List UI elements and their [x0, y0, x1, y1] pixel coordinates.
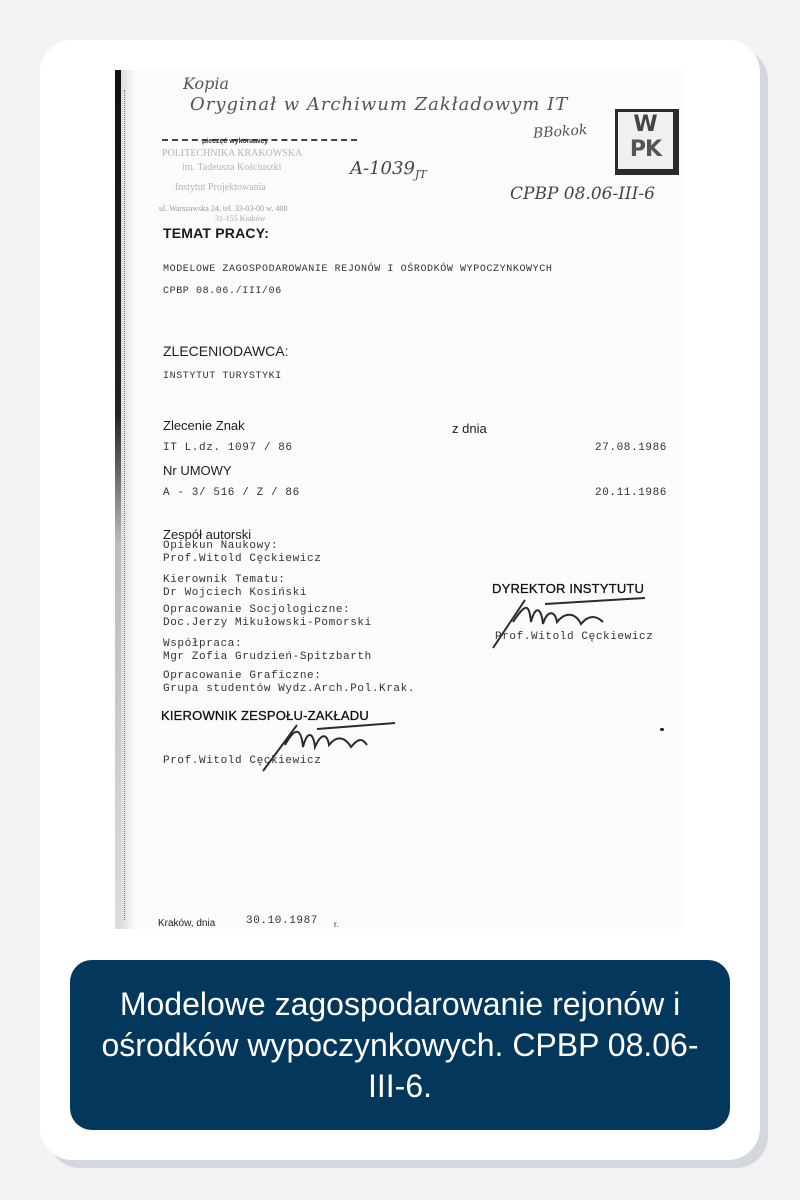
- author-name: Doc.Jerzy Mikułowski-Pomorski: [163, 617, 372, 629]
- logo-pk-mark: PK: [618, 138, 673, 162]
- team-head-name: Prof.Witold Cęckiewicz: [163, 755, 321, 767]
- inventory-number: A-1039JT: [350, 158, 427, 181]
- footer-date: 30.10.1987: [246, 915, 318, 927]
- footer-place-label: Kraków, dnia: [158, 918, 215, 929]
- client-heading: ZLECENIODAWCA:: [163, 343, 289, 359]
- director-name: Prof.Witold Cęckiewicz: [495, 631, 653, 643]
- order-number: IT L.dz. 1097 / 86: [163, 442, 293, 454]
- topic-code: CPBP 08.06./III/06: [163, 286, 282, 297]
- stamp-line2: im. Tadeusza Kościuszki: [182, 162, 281, 173]
- stamp-header-label: pieczęć wykonawcy: [202, 138, 268, 145]
- caption-banner: Modelowe zagospodarowanie rejonów i ośro…: [70, 960, 730, 1130]
- author-role: Kierownik Tematu:: [163, 574, 285, 586]
- stamp-line1: POLITECHNIKA KRAKOWSKA: [162, 148, 302, 159]
- inventory-suffix: JT: [415, 168, 427, 181]
- author-name: Dr Wojciech Kosiński: [163, 587, 307, 599]
- perforation-line: [124, 90, 125, 920]
- stamp-city: 31-155 Kraków: [215, 214, 265, 223]
- pk-logo: W PK: [615, 109, 679, 175]
- scanned-document: Kopia Oryginał w Archiwum Zakładowym IT …: [115, 70, 683, 929]
- topic-title: MODELOWE ZAGOSPODAROWANIE REJONÓW I OŚRO…: [163, 264, 552, 275]
- footer-suffix: r.: [334, 920, 338, 929]
- contract-date: 20.11.1986: [595, 487, 667, 499]
- logo-w-mark: W: [618, 114, 673, 136]
- stamp-address: ul. Warszawska 24, tel. 33-03-00 w. 400: [159, 204, 287, 213]
- author-role: Opracowanie Graficzne:: [163, 670, 321, 682]
- order-date: 27.08.1986: [595, 442, 667, 454]
- contract-label: Nr UMOWY: [163, 463, 232, 478]
- author-role: Opiekun Naukowy:: [163, 540, 278, 552]
- client-name: INSTYTUT TURYSTYKI: [163, 371, 282, 382]
- project-code-handwritten: CPBP 08.06-III-6: [510, 184, 655, 204]
- handwritten-original-note: Oryginał w Archiwum Zakładowym IT: [190, 94, 568, 115]
- caption-text: Modelowe zagospodarowanie rejonów i ośro…: [90, 984, 710, 1107]
- handwritten-initials: BBokok: [533, 122, 588, 142]
- author-name: Mgr Zofia Grudzień-Spitzbarth: [163, 651, 372, 663]
- ink-speck: [660, 728, 664, 731]
- order-label: Zlecenie Znak: [163, 418, 245, 433]
- author-name: Prof.Witold Cęckiewicz: [163, 553, 321, 565]
- author-name: Grupa studentów Wydz.Arch.Pol.Krak.: [163, 683, 415, 695]
- director-signature: [485, 592, 665, 652]
- contract-number: A - 3/ 516 / Z / 86: [163, 487, 300, 499]
- order-date-label: z dnia: [452, 421, 487, 436]
- author-role: Współpraca:: [163, 638, 242, 650]
- stamp-line3: Instytut Projektowania: [175, 182, 266, 193]
- inventory-number-value: A-1039: [350, 158, 415, 179]
- author-role: Opracowanie Socjologiczne:: [163, 604, 350, 616]
- topic-heading: TEMAT PRACY:: [163, 225, 269, 241]
- handwritten-kopia: Kopia: [183, 74, 229, 93]
